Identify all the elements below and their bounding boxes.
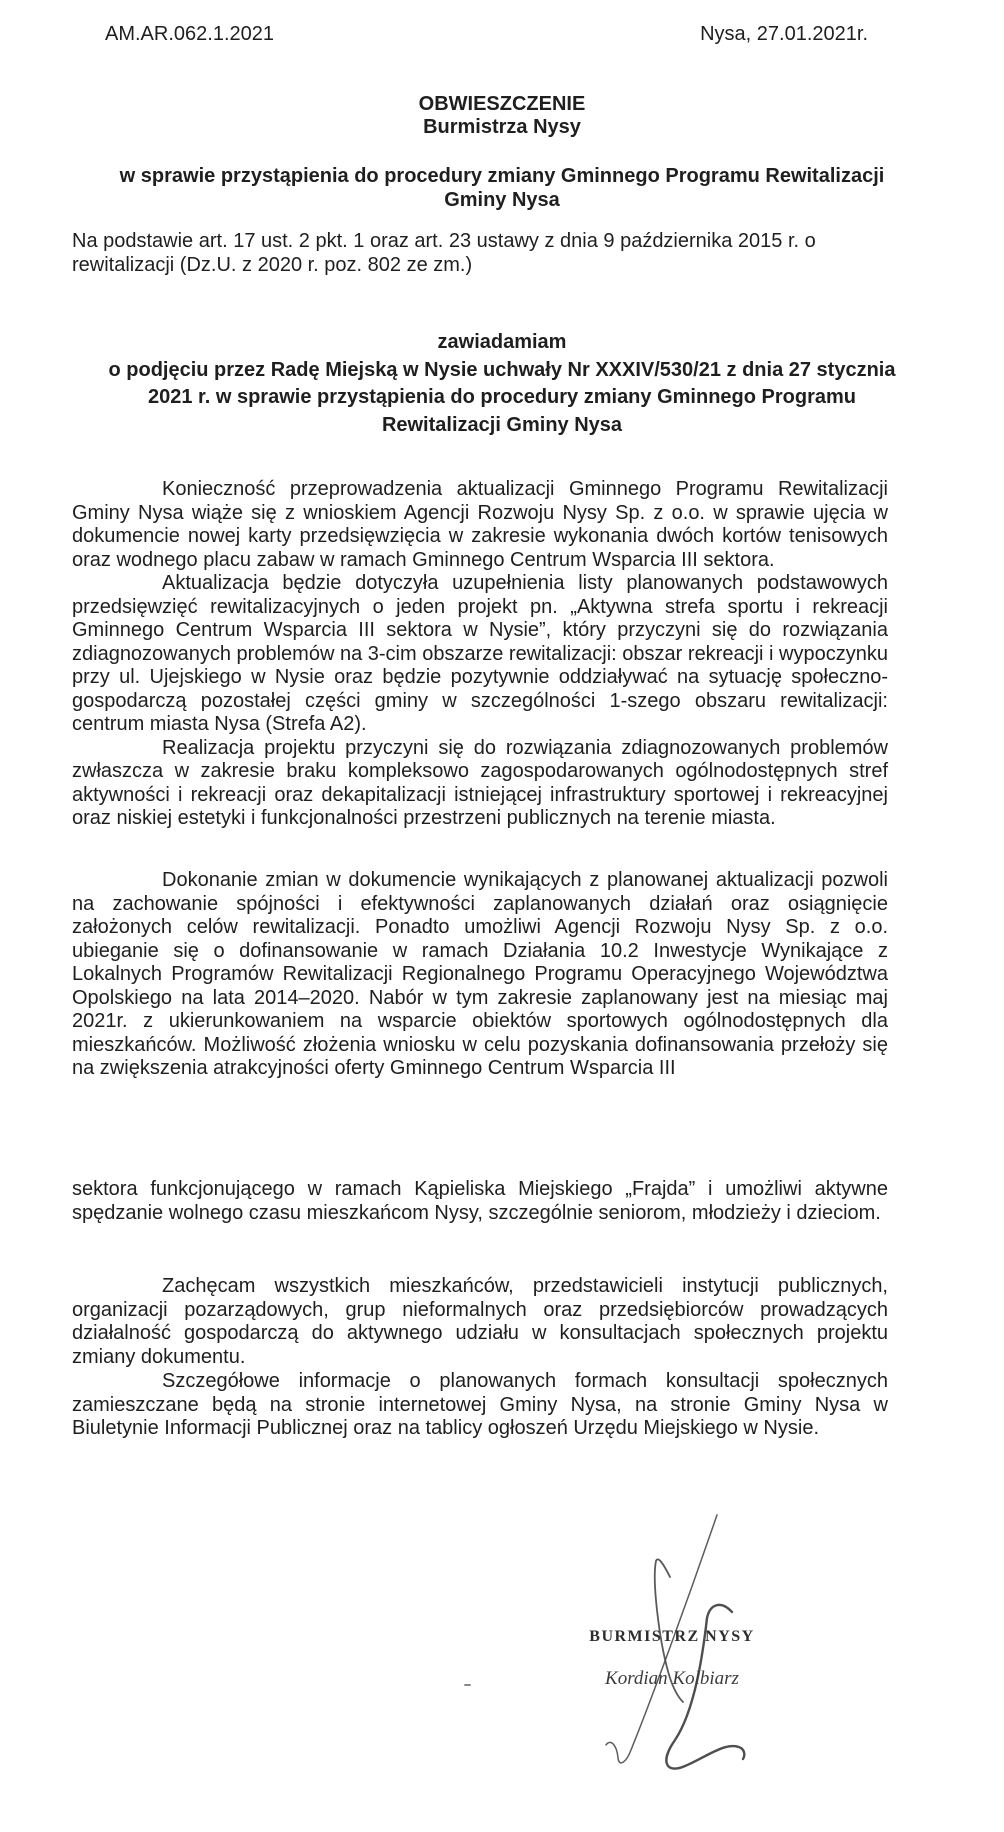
document-issuer: Burmistrza Nysy [0,116,1004,139]
title-block: OBWIESZCZENIE Burmistrza Nysy [0,93,1004,139]
reference-number: AM.AR.062.1.2021 [105,22,274,46]
notice-block: zawiadamiam o podjęciu przez Radę Miejsk… [92,329,912,439]
body-text-block-1: Konieczność przeprowadzenia aktualizacji… [72,478,888,831]
document-page: AM.AR.062.1.2021 Nysa, 27.01.2021r. OBWI… [0,0,1004,1832]
body-text-block-2: Dokonanie zmian w dokumencie wynikającyc… [72,869,888,1081]
signer-name: Kordian Kolbiarz [552,1668,792,1690]
signature-block: BURMISTRZ NYSY Kordian Kolbiarz [552,1486,822,1832]
paragraph-5: sektora funkcjonującego w ramach Kąpieli… [72,1178,888,1225]
notice-keyword: zawiadamiam [92,329,912,357]
body-text-block-4: Zachęcam wszystkich mieszkańców, przedst… [72,1275,888,1369]
paragraph-6: Zachęcam wszystkich mieszkańców, przedst… [72,1275,888,1369]
paragraph-1: Konieczność przeprowadzenia aktualizacji… [72,478,888,572]
document-title: OBWIESZCZENIE [0,93,1004,116]
signer-role: BURMISTRZ NYSY [552,1628,792,1646]
paragraph-7: Szczegółowe informacje o planowanych for… [72,1370,888,1441]
paragraph-2: Aktualizacja będzie dotyczyła uzupełnien… [72,572,888,737]
paragraph-4: Dokonanie zmian w dokumencie wynikającyc… [72,869,888,1081]
legal-basis: Na podstawie art. 17 ust. 2 pkt. 1 oraz … [72,229,888,277]
document-header: AM.AR.062.1.2021 Nysa, 27.01.2021r. [105,22,868,46]
paragraph-3: Realizacja projektu przyczyni się do roz… [72,737,888,831]
notice-body: o podjęciu przez Radę Miejską w Nysie uc… [92,357,912,440]
body-text-block-3: sektora funkcjonującego w ramach Kąpieli… [72,1178,888,1225]
scan-artifact [464,1684,471,1686]
handwritten-signature-icon [552,1486,822,1832]
place-date: Nysa, 27.01.2021r. [700,22,868,46]
body-text-block-5: Szczegółowe informacje o planowanych for… [72,1370,888,1441]
document-subject: w sprawie przystąpienia do procedury zmi… [92,165,912,212]
